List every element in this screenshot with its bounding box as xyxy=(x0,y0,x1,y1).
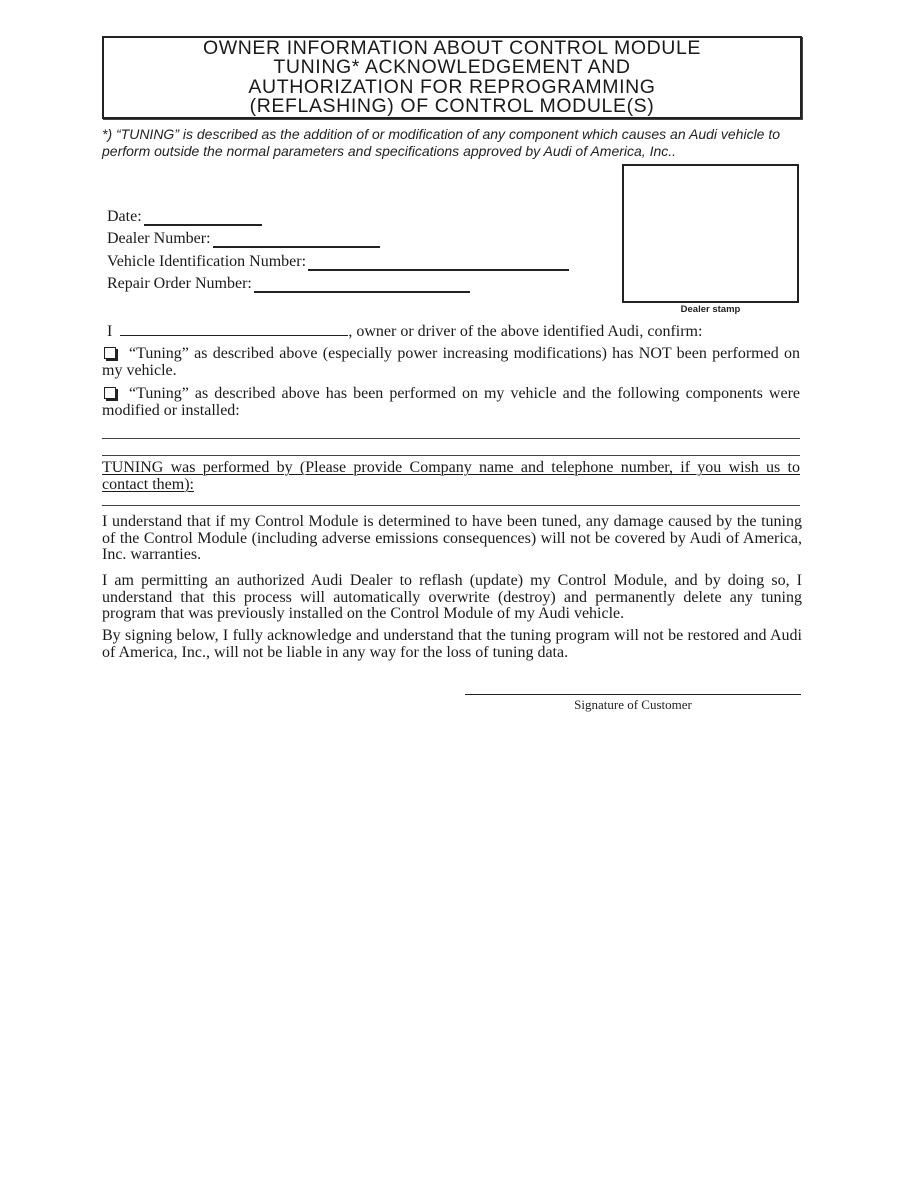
repair-order-label: Repair Order Number: xyxy=(107,275,252,293)
confirmation-prefix: I xyxy=(107,323,112,340)
dealer-stamp-label: Dealer stamp xyxy=(622,304,799,315)
option-text: “Tuning” as described above has been per… xyxy=(102,385,800,419)
tuning-performed-by-field[interactable] xyxy=(102,505,800,506)
title-line: (REFLASHING) OF CONTROL MODULE(S) xyxy=(104,97,800,117)
reflash-permission-paragraph: I am permitting an authorized Audi Deale… xyxy=(102,573,802,623)
option-tuned: “Tuning” as described above has been per… xyxy=(102,386,800,419)
date-label: Date: xyxy=(107,208,142,226)
dealer-number-field[interactable] xyxy=(213,232,380,248)
option-text: “Tuning” as described above (especially … xyxy=(102,345,800,379)
owner-name-field[interactable] xyxy=(120,322,348,336)
dealer-stamp-box xyxy=(622,164,799,303)
acknowledgement-paragraph: By signing below, I fully acknowledge an… xyxy=(102,628,802,661)
dealer-number-label: Dealer Number: xyxy=(107,230,211,248)
components-line-2[interactable] xyxy=(102,455,800,456)
date-field[interactable] xyxy=(144,210,262,226)
vin-field[interactable] xyxy=(308,255,569,271)
form-title-box: OWNER INFORMATION ABOUT CONTROL MODULE T… xyxy=(102,36,802,119)
tuning-performed-by-label: TUNING was performed by (Please provide … xyxy=(102,460,800,493)
dealer-number-field-row: Dealer Number: xyxy=(107,226,569,249)
date-field-row: Date: xyxy=(107,203,569,226)
confirmation-suffix: , owner or driver of the above identifie… xyxy=(348,323,702,340)
repair-order-field[interactable] xyxy=(254,277,470,293)
tuned-checkbox[interactable] xyxy=(104,387,116,399)
vin-label: Vehicle Identification Number: xyxy=(107,253,306,271)
repair-order-field-row: Repair Order Number: xyxy=(107,271,569,294)
signature-field[interactable] xyxy=(465,694,801,695)
option-not-tuned: “Tuning” as described above (especially … xyxy=(102,346,800,379)
owner-confirmation-line: I, owner or driver of the above identifi… xyxy=(107,322,702,341)
components-line-1[interactable] xyxy=(102,438,800,439)
not-tuned-checkbox[interactable] xyxy=(104,347,116,359)
tuning-definition-footnote: *) “TUNING” is described as the addition… xyxy=(102,126,804,159)
vin-field-row: Vehicle Identification Number: xyxy=(107,248,569,271)
form-page: OWNER INFORMATION ABOUT CONTROL MODULE T… xyxy=(0,0,918,1188)
signature-label: Signature of Customer xyxy=(465,697,801,713)
title-line: TUNING* ACKNOWLEDGEMENT AND xyxy=(104,58,800,78)
vehicle-info-fields: Date: Dealer Number: Vehicle Identificat… xyxy=(107,203,569,293)
warranty-paragraph: I understand that if my Control Module i… xyxy=(102,514,802,564)
